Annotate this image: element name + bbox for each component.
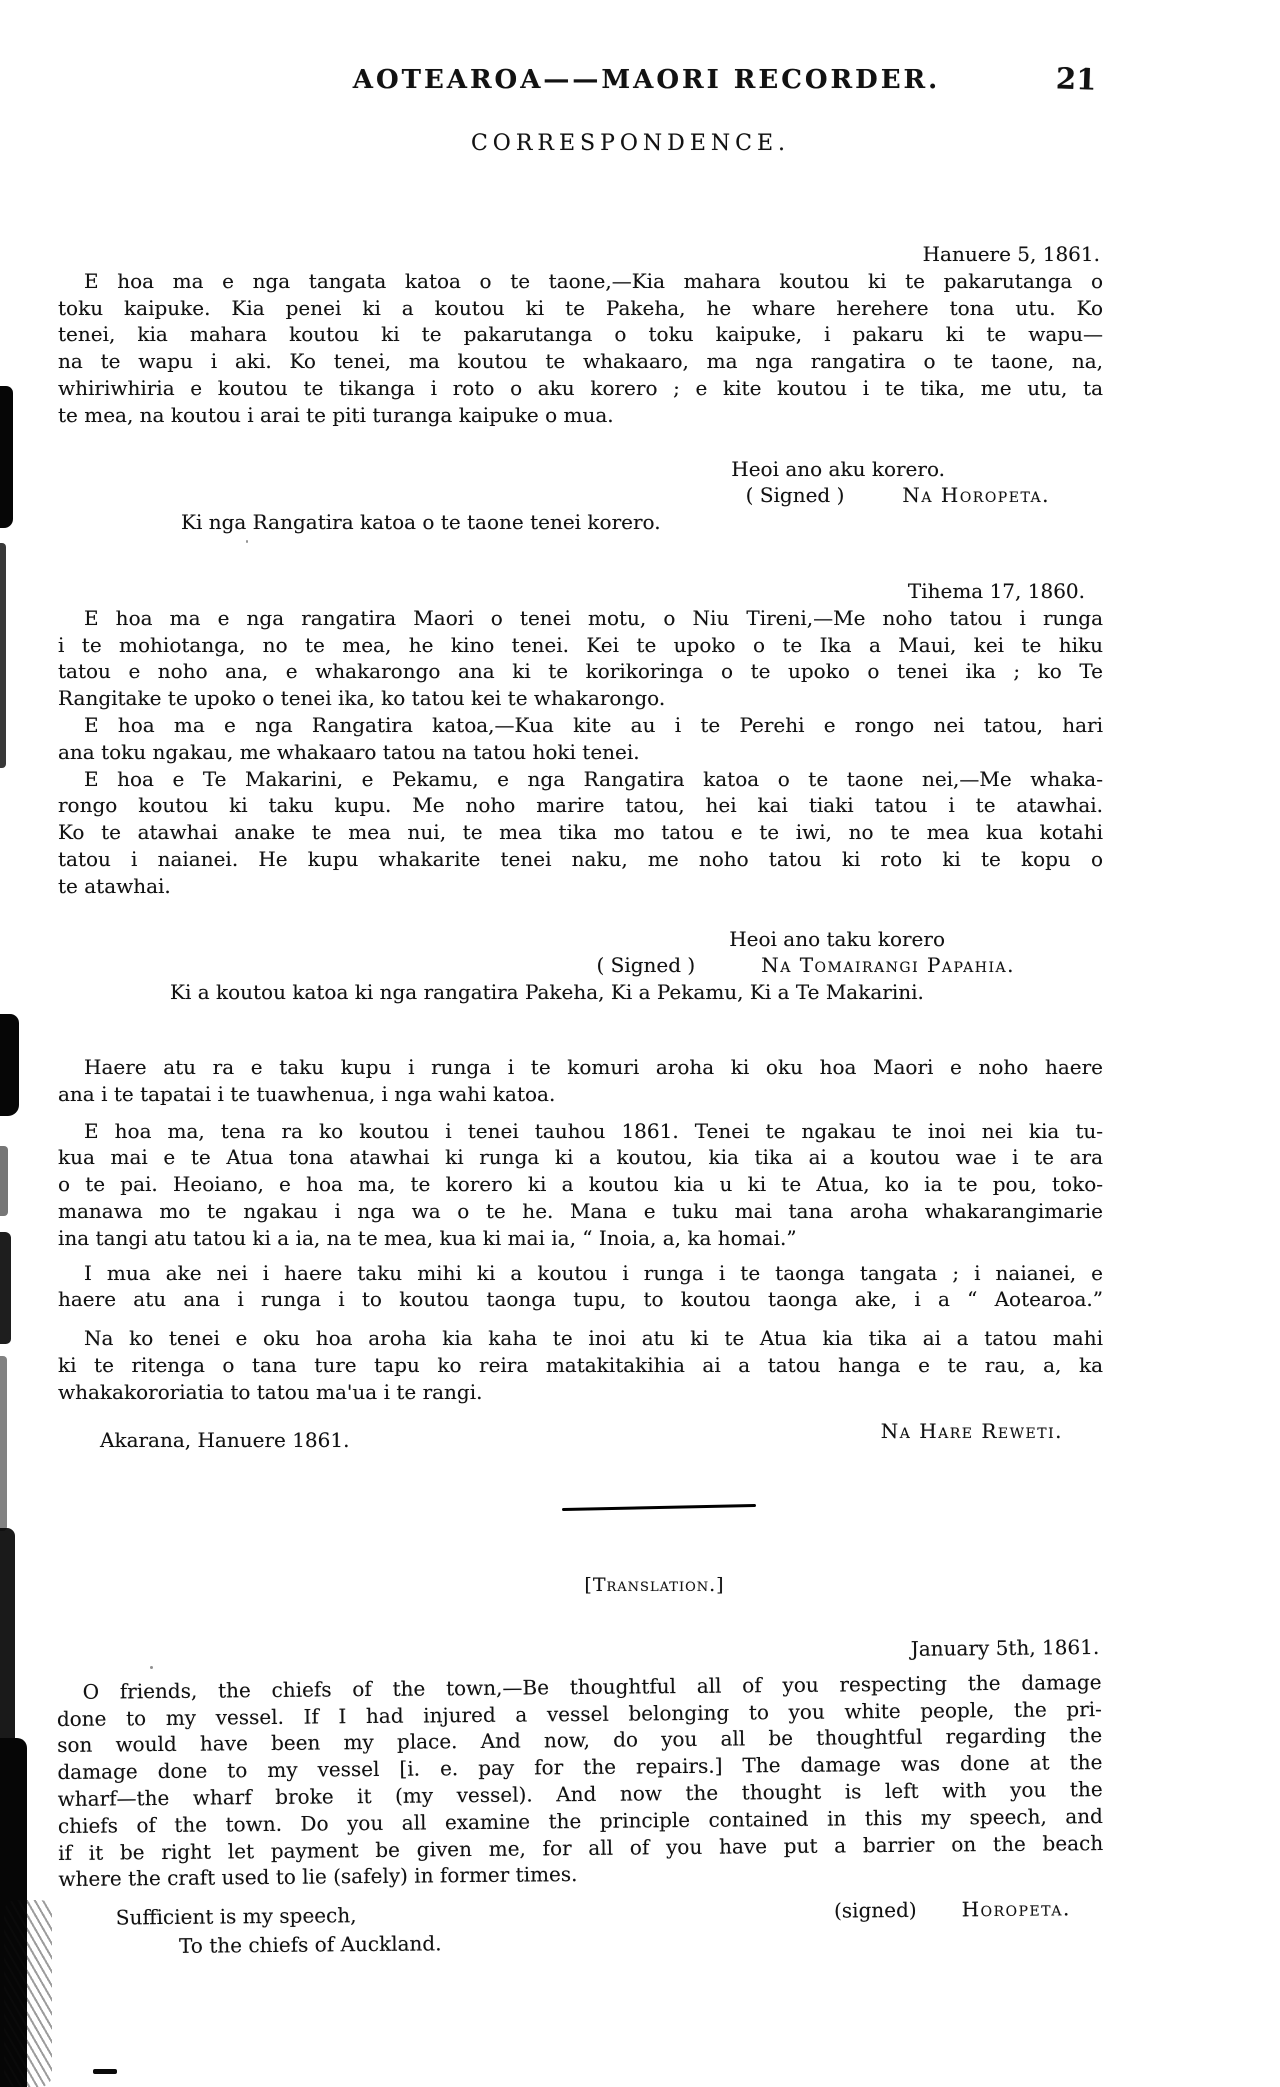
scanned-newspaper-page: 21 AOTEAROA——MAORI RECORDER. CORRESPONDE…: [0, 0, 1280, 2087]
scan-artifact-dash: [93, 2069, 117, 2074]
text-line: Rangitake te upoko o tenei ika, ko tatou…: [58, 685, 1103, 712]
text-line: tenei, kia mahara koutou ki te pakarutan…: [58, 321, 1103, 348]
text-line: ana i te tapatai i te tuawhenua, i nga w…: [58, 1081, 1103, 1108]
text-line: te atawhai.: [58, 873, 1103, 900]
scan-artifact: [0, 543, 6, 768]
text-line: Na ko tenei e oku hoa aroha kia kaha te …: [58, 1325, 1103, 1352]
text-line: Ko te atawhai anake te mea nui, te mea t…: [58, 819, 1103, 846]
scan-artifact: [0, 1232, 11, 1344]
masthead-title: AOTEAROA——MAORI RECORDER.: [124, 64, 1169, 96]
text-line: Haere atu ra e taku kupu i runga i te ko…: [58, 1054, 1103, 1081]
signature: Horopeta.: [962, 1896, 1071, 1924]
text-line: kua mai e te Atua tona atawhai ki runga …: [58, 1144, 1103, 1171]
ink-speck: [150, 1666, 153, 1669]
text-line: manawa mo te ngakau i nga wa o te he. Ma…: [58, 1198, 1103, 1225]
signature: Na Hare Reweti.: [881, 1418, 1103, 1445]
scan-artifact: [0, 1528, 15, 1763]
text-line: toku kaipuke. Kia penei ki a koutou ki t…: [58, 295, 1103, 322]
scan-artifact: [0, 386, 13, 528]
scan-artifact: [0, 1014, 19, 1116]
text-line: ana toku ngakau, me whakaaro tatou na ta…: [58, 739, 1103, 766]
text-line: E hoa e Te Makarini, e Pekamu, e nga Ran…: [58, 766, 1103, 793]
signature-group: (signed) Horopeta.: [834, 1895, 1104, 1924]
text-line: ina tangi atu tatou ki a ia, na te mea, …: [58, 1225, 1103, 1252]
text-line: tatou e noho ana, e whakarongo ana ki te…: [58, 658, 1103, 685]
text-line: E hoa ma e nga rangatira Maori o tenei m…: [58, 605, 1103, 632]
signed-label: ( Signed ): [746, 482, 845, 509]
letter-closing: Heoi ano aku korero.: [58, 456, 1103, 483]
letter-date: Tihema 17, 1860.: [58, 578, 1103, 605]
signed-label: (signed): [834, 1897, 917, 1925]
ink-speck: [246, 540, 248, 543]
text-line: na te wapu i aki. Ko tenei, ma koutou te…: [58, 348, 1103, 375]
letter-closing: Sufficient is my speech,: [59, 1903, 357, 1933]
maori-letter-3: Haere atu ra e taku kupu i runga i te ko…: [58, 1054, 1103, 1454]
letter-closing: Heoi ano taku korero: [58, 926, 1103, 953]
text-line: E hoa ma, tena ra ko koutou i tenei tauh…: [58, 1118, 1103, 1145]
section-heading: CORRESPONDENCE.: [108, 130, 1153, 157]
signature-row: ( Signed ) Na Horopeta.: [58, 482, 1103, 509]
text-line: rongo koutou ki taku kupu. Me noho marir…: [58, 792, 1103, 819]
letter-date: January 5th, 1861.: [56, 1634, 1101, 1671]
scan-artifact-hatch: [4, 1900, 52, 2087]
signature: Na Horopeta.: [902, 482, 1050, 509]
text-line: E hoa ma e nga Rangatira katoa,—Kua kite…: [58, 712, 1103, 739]
text-line: o te pai. Heoiano, e hoa ma, te korero k…: [58, 1171, 1103, 1198]
page-content: AOTEAROA——MAORI RECORDER. CORRESPONDENCE…: [58, 0, 1103, 1961]
signed-label: ( Signed ): [596, 952, 695, 979]
maori-letter-2: Tihema 17, 1860. E hoa ma e nga rangatir…: [58, 578, 1103, 1006]
maori-letter-1: Hanuere 5, 1861. E hoa ma e nga tangata …: [58, 241, 1103, 536]
letter-addressee: Ki nga Rangatira katoa o te taone tenei …: [58, 509, 1103, 536]
text-line: te mea, na koutou i arai te piti turanga…: [58, 402, 1103, 429]
text-line: tatou i naianei. He kupu whakarite tenei…: [58, 846, 1103, 873]
text-line: whakakororiatia to tatou ma'ua i te rang…: [58, 1379, 1103, 1406]
place-date: Akarana, Hanuere 1861.: [58, 1427, 349, 1454]
signature-row: ( Signed ) Na Tomairangi Papahia.: [58, 952, 1103, 979]
translation-heading: [Translation.]: [132, 1573, 1177, 1598]
text-line: haere atu ana i runga i to koutou taonga…: [58, 1286, 1103, 1313]
text-line: E hoa ma e nga tangata katoa o te taone,…: [58, 268, 1103, 295]
signature: Na Tomairangi Papahia.: [761, 952, 1015, 979]
ink-speck: [86, 312, 89, 315]
text-line: i te mohiotanga, no te mea, he kino tene…: [58, 632, 1103, 659]
text-line: whiriwhiria e koutou te tikanga i roto o…: [58, 375, 1103, 402]
text-line: I mua ake nei i haere taku mihi ki a kou…: [58, 1260, 1103, 1287]
letter-date: Hanuere 5, 1861.: [58, 241, 1103, 268]
section-divider: [562, 1504, 756, 1511]
english-translation-letter: January 5th, 1861. O friends, the chiefs…: [56, 1634, 1104, 1961]
translation-body: O friends, the chiefs of the town,—Be th…: [57, 1669, 1104, 1893]
letter-addressee: Ki a koutou katoa ki nga rangatira Pakeh…: [58, 979, 1103, 1006]
scan-artifact: [0, 1356, 7, 1531]
place-signature-row: Akarana, Hanuere 1861. Na Hare Reweti.: [58, 1427, 1103, 1454]
scan-artifact: [0, 1146, 8, 1216]
text-line: ki te ritenga o tana ture tapu ko reira …: [58, 1352, 1103, 1379]
